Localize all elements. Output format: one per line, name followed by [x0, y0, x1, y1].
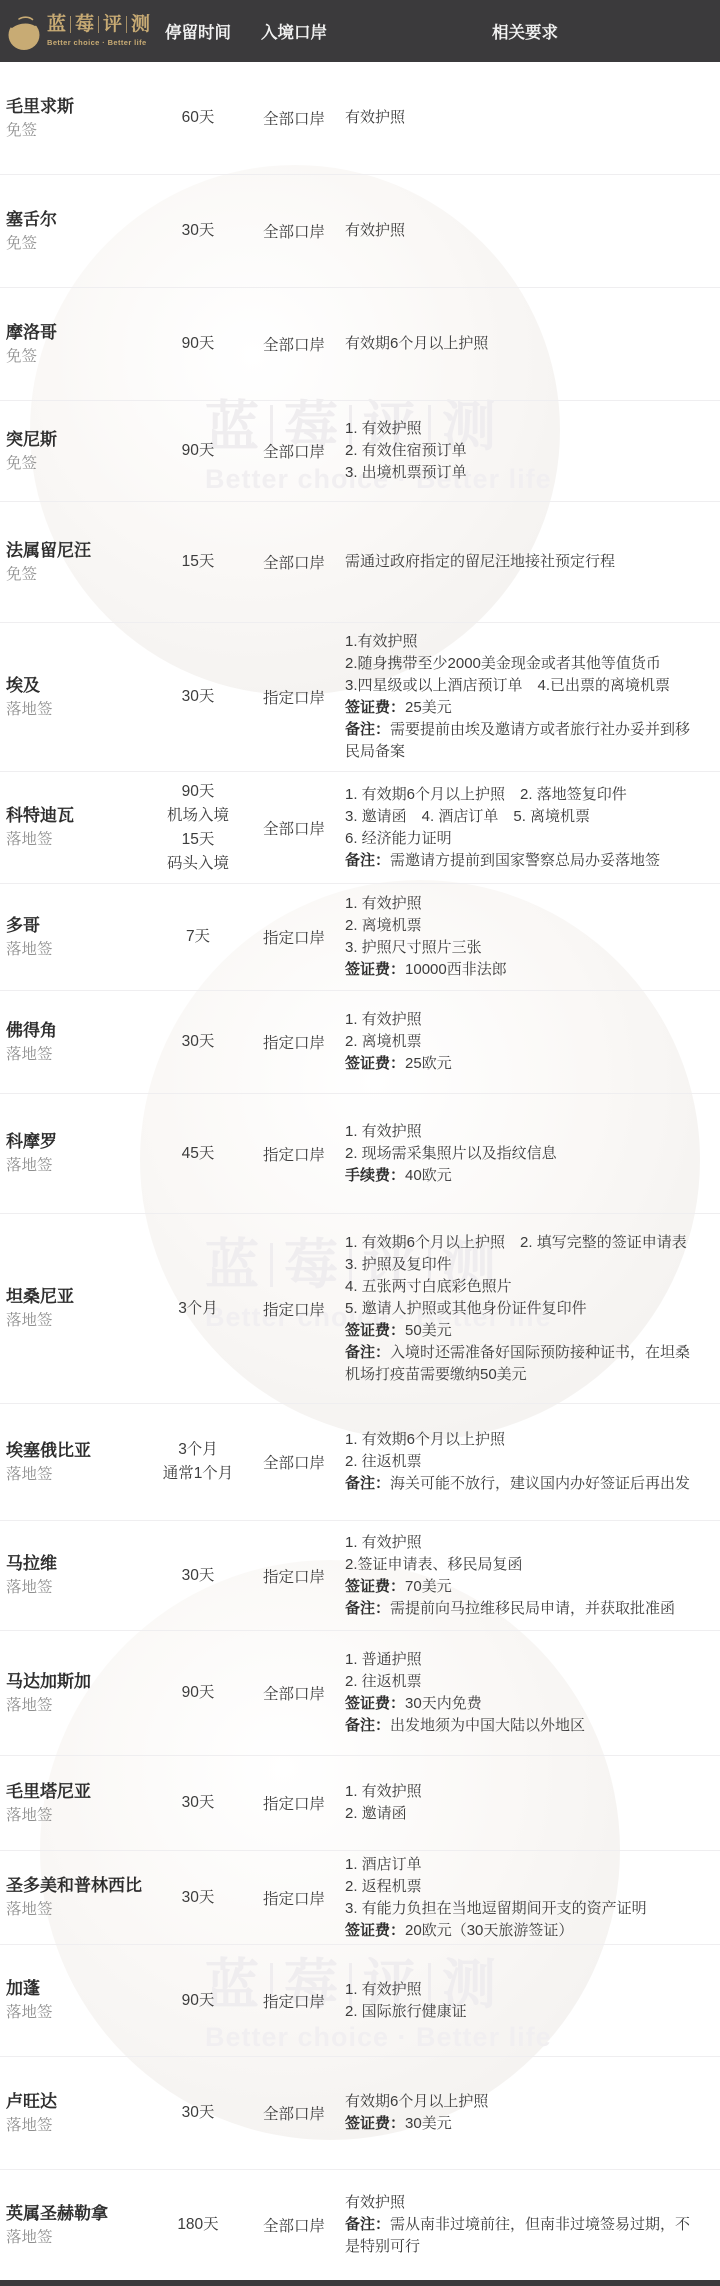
- stay-duration: 90天: [148, 439, 248, 463]
- stay-duration: 30天: [148, 2101, 248, 2125]
- country-name: 摩洛哥: [6, 322, 148, 343]
- table-row: 多哥 落地签 7天 指定口岸 1. 有效护照2. 离境机票3. 护照尺寸照片三张…: [0, 883, 720, 990]
- visa-type-label: 落地签: [6, 941, 148, 960]
- stay-duration: 30天: [148, 1030, 248, 1054]
- requirement-line: 1. 普通护照: [345, 1649, 705, 1671]
- table-row: 卢旺达 落地签 30天 全部口岸 有效期6个月以上护照签证费：30美元: [0, 2056, 720, 2169]
- requirement-line: 2. 离境机票: [345, 1031, 705, 1053]
- stay-duration: 7天: [148, 925, 248, 949]
- stay-duration-line: 码头入境: [148, 852, 248, 876]
- visa-type-label: 免签: [6, 566, 148, 585]
- entry-port: 指定口岸: [263, 1147, 325, 1164]
- stay-duration-line: 60天: [148, 106, 248, 130]
- requirements: 1. 有效护照2. 邀请函: [340, 1781, 720, 1825]
- requirement-line: 6. 经济能力证明: [345, 828, 705, 850]
- requirement-line: 签证费：50美元: [345, 1320, 705, 1342]
- entry-port: 全部口岸: [263, 444, 325, 461]
- requirements: 1. 有效期6个月以上护照 2. 落地签复印件3. 邀请函 4. 酒店订单 5.…: [340, 784, 720, 872]
- requirement-line: 备注：需邀请方提前到国家警察总局办妥落地签: [345, 850, 705, 872]
- stay-duration: 180天: [148, 2213, 248, 2237]
- requirement-label: 备注：: [345, 1717, 390, 1734]
- entry-port: 全部口岸: [263, 821, 325, 838]
- requirement-line: 备注：需从南非过境前往，但南非过境签易过期，不是特别可行: [345, 2214, 705, 2258]
- requirements: 1. 酒店订单2. 返程机票3. 有能力负担在当地逗留期间开支的资产证明签证费：…: [340, 1854, 720, 1942]
- stay-duration-line: 7天: [148, 925, 248, 949]
- requirement-line: 1. 有效期6个月以上护照 2. 填写完整的签证申请表: [345, 1232, 705, 1254]
- requirements: 有效护照: [340, 107, 720, 129]
- visa-type-label: 落地签: [6, 1901, 148, 1920]
- stay-duration: 30天: [148, 685, 248, 709]
- visa-type-label: 免签: [6, 235, 148, 254]
- requirement-line: 1. 有效期6个月以上护照: [345, 1429, 705, 1451]
- stay-duration: 30天: [148, 1886, 248, 1910]
- requirement-line: 有效护照: [345, 220, 705, 242]
- table-row: 法属留尼汪 免签 15天 全部口岸 需通过政府指定的留尼汪地接社预定行程: [0, 501, 720, 622]
- requirements: 1. 有效护照2. 现场需采集照片以及指纹信息手续费：40欧元: [340, 1121, 720, 1187]
- country-name: 坦桑尼亚: [6, 1286, 148, 1307]
- requirement-label: 签证费：: [345, 961, 405, 978]
- entry-port: 全部口岸: [263, 555, 325, 572]
- brand-separator: [126, 16, 127, 33]
- table-row: 科特迪瓦 落地签 90天机场入境15天码头入境 全部口岸 1. 有效期6个月以上…: [0, 771, 720, 883]
- visa-type-label: 落地签: [6, 1579, 148, 1598]
- requirement-line: 2. 往返机票: [345, 1671, 705, 1693]
- requirement-line: 2. 离境机票: [345, 915, 705, 937]
- country-name: 埃塞俄比亚: [6, 1440, 148, 1461]
- requirement-line: 有效护照: [345, 2192, 705, 2214]
- table-row: 毛里求斯 免签 60天 全部口岸 有效护照: [0, 62, 720, 174]
- country-name: 法属留尼汪: [6, 540, 148, 561]
- country-name: 卢旺达: [6, 2091, 148, 2112]
- country-name: 英属圣赫勒拿: [6, 2203, 148, 2224]
- stay-duration-line: 90天: [148, 1681, 248, 1705]
- table-row: 加蓬 落地签 90天 指定口岸 1. 有效护照2. 国际旅行健康证: [0, 1944, 720, 2056]
- stay-duration-line: 30天: [148, 2101, 248, 2125]
- entry-port: 全部口岸: [263, 224, 325, 241]
- requirement-line: 1. 有效护照: [345, 1979, 705, 2001]
- visa-type-label: 落地签: [6, 1697, 148, 1716]
- stay-duration-line: 机场入境: [148, 804, 248, 828]
- stay-duration: 3个月: [148, 1297, 248, 1321]
- requirement-line: 2. 往返机票: [345, 1451, 705, 1473]
- visa-type-label: 落地签: [6, 1046, 148, 1065]
- country-name: 塞舌尔: [6, 209, 148, 230]
- country-name: 多哥: [6, 915, 148, 936]
- stay-duration: 30天: [148, 1564, 248, 1588]
- table-row: 佛得角 落地签 30天 指定口岸 1. 有效护照2. 离境机票签证费：25欧元: [0, 990, 720, 1093]
- requirements: 1. 有效护照2. 离境机票3. 护照尺寸照片三张签证费：10000西非法郎: [340, 893, 720, 981]
- requirement-line: 备注：海关可能不放行，建议国内办好签证后再出发: [345, 1473, 705, 1495]
- entry-port: 全部口岸: [263, 111, 325, 128]
- stay-duration-line: 30天: [148, 1886, 248, 1910]
- requirement-line: 1. 有效期6个月以上护照 2. 落地签复印件: [345, 784, 705, 806]
- requirements: 1. 有效护照2. 有效住宿预订单3. 出境机票预订单: [340, 418, 720, 484]
- requirement-label: 签证费：: [345, 1578, 405, 1595]
- stay-duration: 15天: [148, 550, 248, 574]
- requirement-label: 手续费：: [345, 1167, 405, 1184]
- requirement-line: 签证费：30天内免费: [345, 1693, 705, 1715]
- requirement-line: 1. 有效护照: [345, 1009, 705, 1031]
- requirement-line: 需通过政府指定的留尼汪地接社预定行程: [345, 551, 705, 573]
- requirement-line: 签证费：70美元: [345, 1576, 705, 1598]
- stay-duration-line: 15天: [148, 550, 248, 574]
- country-name: 科特迪瓦: [6, 805, 148, 826]
- visa-type-label: 落地签: [6, 1466, 148, 1485]
- requirements: 1. 有效护照2. 离境机票签证费：25欧元: [340, 1009, 720, 1075]
- stay-duration: 90天: [148, 1681, 248, 1705]
- table-row: 科摩罗 落地签 45天 指定口岸 1. 有效护照2. 现场需采集照片以及指纹信息…: [0, 1093, 720, 1213]
- country-name: 科摩罗: [6, 1131, 148, 1152]
- requirement-line: 3.四星级或以上酒店预订单 4.已出票的离境机票: [345, 675, 705, 697]
- requirement-line: 5. 邀请人护照或其他身份证件复印件: [345, 1298, 705, 1320]
- stay-duration: 90天: [148, 332, 248, 356]
- requirements: 1.有效护照2.随身携带至少2000美金现金或者其他等值货币3.四星级或以上酒店…: [340, 631, 720, 763]
- requirement-line: 备注：出发地须为中国大陆以外地区: [345, 1715, 705, 1737]
- stay-duration: 30天: [148, 219, 248, 243]
- requirements: 有效期6个月以上护照签证费：30美元: [340, 2091, 720, 2135]
- requirement-label: 签证费：: [345, 1695, 405, 1712]
- stay-duration-line: 90天: [148, 1989, 248, 2013]
- requirement-line: 2.签证申请表、移民局复函: [345, 1554, 705, 1576]
- requirement-line: 3. 护照及复印件: [345, 1254, 705, 1276]
- entry-port: 指定口岸: [263, 690, 325, 707]
- entry-port: 指定口岸: [263, 1994, 325, 2011]
- visa-type-label: 落地签: [6, 1157, 148, 1176]
- requirement-line: 签证费：20欧元（30天旅游签证）: [345, 1920, 705, 1942]
- requirements: 1. 有效护照2. 国际旅行健康证: [340, 1979, 720, 2023]
- requirement-line: 2. 返程机票: [345, 1876, 705, 1898]
- table-row: 埃及 落地签 30天 指定口岸 1.有效护照2.随身携带至少2000美金现金或者…: [0, 622, 720, 771]
- requirement-line: 1. 酒店订单: [345, 1854, 705, 1876]
- stay-duration-line: 15天: [148, 828, 248, 852]
- entry-port: 指定口岸: [263, 1569, 325, 1586]
- requirement-line: 1.有效护照: [345, 631, 705, 653]
- table-header: 蓝莓评测 Better choice · Better life 停留时间 入境…: [0, 0, 720, 62]
- table-row: 塞舌尔 免签 30天 全部口岸 有效护照: [0, 174, 720, 287]
- requirement-label: 备注：: [345, 1344, 390, 1361]
- requirements: 需通过政府指定的留尼汪地接社预定行程: [340, 551, 720, 573]
- requirement-line: 2.随身携带至少2000美金现金或者其他等值货币: [345, 653, 705, 675]
- country-name: 加蓬: [6, 1978, 148, 1999]
- requirement-label: 备注：: [345, 1475, 390, 1492]
- visa-type-label: 落地签: [6, 831, 148, 850]
- entry-port: 指定口岸: [263, 1891, 325, 1908]
- column-header-stay-duration: 停留时间: [148, 19, 248, 43]
- requirement-line: 1. 有效护照: [345, 418, 705, 440]
- requirement-line: 1. 有效护照: [345, 1121, 705, 1143]
- requirements: 有效护照备注：需从南非过境前往，但南非过境签易过期，不是特别可行: [340, 2192, 720, 2258]
- requirements: 有效期6个月以上护照: [340, 333, 720, 355]
- table-row: 英属圣赫勒拿 落地签 180天 全部口岸 有效护照备注：需从南非过境前往，但南非…: [0, 2169, 720, 2280]
- entry-port: 全部口岸: [263, 1455, 325, 1472]
- requirement-line: 2. 现场需采集照片以及指纹信息: [345, 1143, 705, 1165]
- requirement-line: 备注：需提前向马拉维移民局申请，并获取批准函: [345, 1598, 705, 1620]
- requirement-label: 签证费：: [345, 1055, 405, 1072]
- country-name: 毛里求斯: [6, 96, 148, 117]
- country-name: 佛得角: [6, 1020, 148, 1041]
- stay-duration-line: 30天: [148, 1564, 248, 1588]
- stay-duration: 60天: [148, 106, 248, 130]
- entry-port: 全部口岸: [263, 2218, 325, 2235]
- requirements: 1. 有效护照2.签证申请表、移民局复函签证费：70美元备注：需提前向马拉维移民…: [340, 1532, 720, 1620]
- requirement-line: 有效期6个月以上护照: [345, 2091, 705, 2113]
- stay-duration: 90天机场入境15天码头入境: [148, 780, 248, 876]
- table-row: 马达加斯加 落地签 90天 全部口岸 1. 普通护照2. 往返机票签证费：30天…: [0, 1630, 720, 1755]
- requirement-line: 3. 护照尺寸照片三张: [345, 937, 705, 959]
- entry-port: 全部口岸: [263, 1686, 325, 1703]
- footer-bar: [0, 2280, 720, 2286]
- brand-name: 蓝莓评测: [47, 15, 150, 34]
- entry-port: 全部口岸: [263, 337, 325, 354]
- requirements: 有效护照: [340, 220, 720, 242]
- requirement-line: 4. 五张两寸白底彩色照片: [345, 1276, 705, 1298]
- table-row: 圣多美和普林西比 落地签 30天 指定口岸 1. 酒店订单2. 返程机票3. 有…: [0, 1850, 720, 1944]
- visa-type-label: 免签: [6, 348, 148, 367]
- requirement-label: 签证费：: [345, 699, 405, 716]
- country-name: 埃及: [6, 675, 148, 696]
- table-row: 马拉维 落地签 30天 指定口岸 1. 有效护照2.签证申请表、移民局复函签证费…: [0, 1520, 720, 1630]
- stay-duration-line: 90天: [148, 332, 248, 356]
- visa-type-label: 落地签: [6, 1312, 148, 1331]
- visa-type-label: 落地签: [6, 2117, 148, 2136]
- visa-type-label: 落地签: [6, 701, 148, 720]
- blueberry-logo-icon: [6, 11, 42, 51]
- stay-duration-line: 180天: [148, 2213, 248, 2237]
- stay-duration-line: 90天: [148, 439, 248, 463]
- table-row: 坦桑尼亚 落地签 3个月 指定口岸 1. 有效期6个月以上护照 2. 填写完整的…: [0, 1213, 720, 1403]
- visa-type-label: 免签: [6, 122, 148, 141]
- requirement-line: 1. 有效护照: [345, 893, 705, 915]
- visa-type-label: 免签: [6, 455, 148, 474]
- brand-separator: [70, 16, 71, 33]
- stay-duration: 30天: [148, 1791, 248, 1815]
- requirement-line: 3. 有能力负担在当地逗留期间开支的资产证明: [345, 1898, 705, 1920]
- entry-port: 指定口岸: [263, 1035, 325, 1052]
- requirement-line: 备注：入境时还需准备好国际预防接种证书，在坦桑机场打疫苗需要缴纳50美元: [345, 1342, 705, 1386]
- requirement-line: 签证费：30美元: [345, 2113, 705, 2135]
- entry-port: 指定口岸: [263, 1796, 325, 1813]
- requirement-line: 备注：需要提前由埃及邀请方或者旅行社办妥并到移民局备案: [345, 719, 705, 763]
- requirement-line: 2. 国际旅行健康证: [345, 2001, 705, 2023]
- requirement-line: 签证费：25美元: [345, 697, 705, 719]
- requirement-label: 备注：: [345, 2216, 390, 2233]
- country-name: 马达加斯加: [6, 1671, 148, 1692]
- requirement-line: 2. 邀请函: [345, 1803, 705, 1825]
- requirement-label: 签证费：: [345, 1322, 405, 1339]
- table-row: 摩洛哥 免签 90天 全部口岸 有效期6个月以上护照: [0, 287, 720, 400]
- brand-separator: [98, 16, 99, 33]
- stay-duration: 3个月通常1个月: [148, 1438, 248, 1486]
- requirement-label: 签证费：: [345, 1922, 405, 1939]
- requirement-label: 备注：: [345, 721, 390, 738]
- requirements: 1. 普通护照2. 往返机票签证费：30天内免费备注：出发地须为中国大陆以外地区: [340, 1649, 720, 1737]
- requirement-line: 签证费：25欧元: [345, 1053, 705, 1075]
- stay-duration-line: 30天: [148, 1791, 248, 1815]
- stay-duration: 45天: [148, 1142, 248, 1166]
- country-name: 马拉维: [6, 1553, 148, 1574]
- requirement-line: 3. 出境机票预订单: [345, 462, 705, 484]
- requirement-line: 手续费：40欧元: [345, 1165, 705, 1187]
- visa-table: 毛里求斯 免签 60天 全部口岸 有效护照 塞舌尔 免签 30天 全部口岸 有效…: [0, 62, 720, 2280]
- stay-duration-line: 30天: [148, 1030, 248, 1054]
- stay-duration-line: 3个月: [148, 1297, 248, 1321]
- brand-logo: 蓝莓评测 Better choice · Better life: [0, 11, 148, 51]
- visa-type-label: 落地签: [6, 2004, 148, 2023]
- requirements: 1. 有效期6个月以上护照2. 往返机票备注：海关可能不放行，建议国内办好签证后…: [340, 1429, 720, 1495]
- requirement-label: 签证费：: [345, 2115, 405, 2132]
- table-row: 突尼斯 免签 90天 全部口岸 1. 有效护照2. 有效住宿预订单3. 出境机票…: [0, 400, 720, 501]
- requirement-line: 有效护照: [345, 107, 705, 129]
- stay-duration-line: 90天: [148, 780, 248, 804]
- requirement-line: 3. 邀请函 4. 酒店订单 5. 离境机票: [345, 806, 705, 828]
- country-name: 圣多美和普林西比: [6, 1875, 148, 1896]
- stay-duration-line: 30天: [148, 219, 248, 243]
- table-row: 毛里塔尼亚 落地签 30天 指定口岸 1. 有效护照2. 邀请函: [0, 1755, 720, 1850]
- column-header-entry-port: 入境口岸: [248, 19, 340, 43]
- requirement-line: 有效期6个月以上护照: [345, 333, 705, 355]
- entry-port: 指定口岸: [263, 930, 325, 947]
- stay-duration-line: 3个月: [148, 1438, 248, 1462]
- requirement-label: 备注：: [345, 1600, 390, 1617]
- entry-port: 全部口岸: [263, 2106, 325, 2123]
- entry-port: 指定口岸: [263, 1302, 325, 1319]
- stay-duration-line: 45天: [148, 1142, 248, 1166]
- requirement-line: 签证费：10000西非法郎: [345, 959, 705, 981]
- table-row: 埃塞俄比亚 落地签 3个月通常1个月 全部口岸 1. 有效期6个月以上护照2. …: [0, 1403, 720, 1520]
- requirements: 1. 有效期6个月以上护照 2. 填写完整的签证申请表3. 护照及复印件4. 五…: [340, 1232, 720, 1386]
- requirement-label: 备注：: [345, 852, 390, 869]
- stay-duration-line: 30天: [148, 685, 248, 709]
- stay-duration: 90天: [148, 1989, 248, 2013]
- visa-type-label: 落地签: [6, 2229, 148, 2248]
- visa-type-label: 落地签: [6, 1807, 148, 1826]
- country-name: 毛里塔尼亚: [6, 1781, 148, 1802]
- requirement-line: 2. 有效住宿预订单: [345, 440, 705, 462]
- column-header-requirements: 相关要求: [340, 19, 720, 43]
- requirement-line: 1. 有效护照: [345, 1532, 705, 1554]
- country-name: 突尼斯: [6, 429, 148, 450]
- brand-tagline: Better choice · Better life: [47, 38, 150, 47]
- requirement-line: 1. 有效护照: [345, 1781, 705, 1803]
- stay-duration-line: 通常1个月: [148, 1462, 248, 1486]
